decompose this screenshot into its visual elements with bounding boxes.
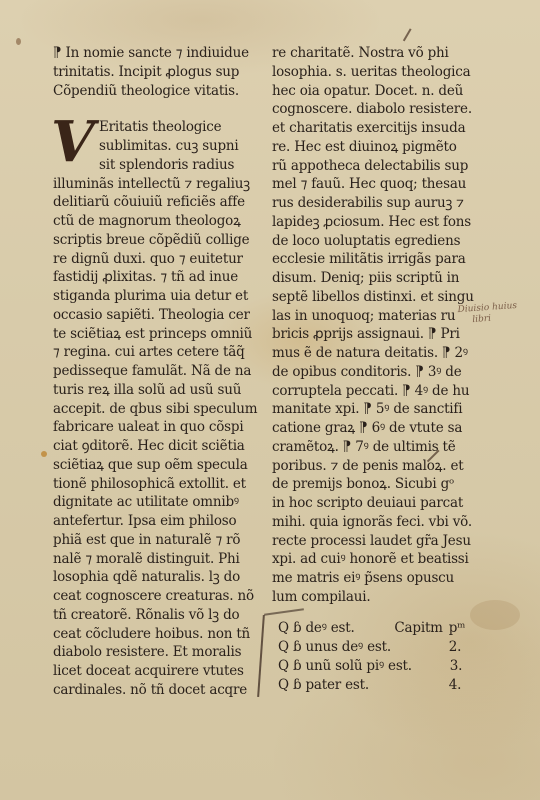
text-line: cardinales. nõ tñ docet acqre (53, 681, 258, 700)
text-line: mus ẽ de natura deitatis. ⁋ 2ꝰ (272, 344, 472, 363)
initial-capital: V (51, 114, 94, 170)
pen-stroke-mark (403, 28, 411, 41)
text-line: recte processi laudet gr̃a Jesu (272, 532, 472, 551)
text-line: hec oia opatur. Docet. n. deũ (272, 82, 472, 101)
text-line: losophia. s. ueritas theologica (272, 63, 472, 82)
text-line: ecclesie militãtis irrigãs para (272, 250, 472, 269)
toc-question: Q ɓ pater est. (272, 676, 394, 695)
text-line: dignitate ac utilitate omnibꝰ (53, 493, 258, 512)
text-line: nalẽ ⁊ moralẽ distinguit. Phi (53, 550, 258, 569)
text-line: ⁊ regina. cui artes cetere tãq̃ (53, 343, 258, 362)
text-line: sciẽtiaꝝ que sup oẽm specula (53, 456, 258, 475)
text-line: corruptela peccati. ⁋ 4ꝰ de hu (272, 382, 472, 401)
text-line: de loco uoluptatis egrediens (272, 232, 472, 251)
heading-line: ⁋ In nomie sancte ⁊ indiuidue (53, 44, 258, 63)
right-column: re charitatẽ. Nostra võ phi losophia. s.… (272, 44, 472, 695)
text-line: manitate xpi. ⁋ 5ꝰ de sanctifi (272, 400, 472, 419)
text-line: ciat ꝯditorẽ. Hec dicit sciẽtia (53, 437, 258, 456)
text-line: me matris eiꝰ p̃sens opuscu (272, 569, 472, 588)
text-line: mel ⁊ fauũ. Hec quoq; thesau (272, 175, 472, 194)
text-line: re dignũ duxi. quo ⁊ euitetur (53, 250, 258, 269)
prologue-continuation: re charitatẽ. Nostra võ phi losophia. s.… (272, 44, 472, 607)
manuscript-flourish-mark (264, 608, 304, 616)
marginal-annotation: Diuisio huius libri (457, 301, 518, 327)
prologue-text: V Eritatis theologice sublimitas. cuꝫ su… (53, 118, 258, 699)
foxing-stain (470, 600, 520, 630)
heading-line: Cõpendiũ theologice vitatis. (53, 82, 258, 101)
text-line: accepit. de qbus sibi speculum (53, 400, 258, 419)
text-line: catione graꝝ ⁋ 6ꝰ de vtute sa (272, 419, 472, 438)
text-line: delitiarũ cõuiuiũ reficiẽs affe (53, 193, 258, 212)
text-line: te sciẽtiaꝝ est princeps omniũ (53, 325, 258, 344)
toc-chapter-label: Capitm (394, 619, 448, 638)
toc-number: 4. (449, 676, 472, 695)
manuscript-bracket-mark (257, 615, 265, 697)
text-line: pedisseque famulãt. Nã de na (53, 362, 258, 381)
text-line: re. Hec est diuinoꝝ pigmẽto (272, 138, 472, 157)
text-line: re charitatẽ. Nostra võ phi (272, 44, 472, 63)
text-line: bricis ꝓprijs assignaui. ⁋ Pri (272, 325, 472, 344)
text-line: de opibus conditoris. ⁋ 3ꝰ de (272, 363, 472, 382)
toc-row: Q ɓ unũ solũ piꝰ est. 3. (272, 657, 472, 676)
text-line: occasio sapiẽti. Theologia cer (53, 306, 258, 325)
left-column: ⁋ In nomie sancte ⁊ indiuidue trinitatis… (53, 44, 258, 700)
text-line: phiã est que in naturalẽ ⁊ rõ (53, 531, 258, 550)
toc-chapter-label (394, 676, 448, 695)
text-line: cognoscere. diabolo resistere. (272, 100, 472, 119)
text-line: antefertur. Ipsa eim philoso (53, 512, 258, 531)
ink-spot (16, 38, 21, 45)
text-line: scriptis breue cõpẽdiũ collige (53, 231, 258, 250)
toc-row: Q ɓ deꝰ est. Capitm pᵐ (272, 619, 472, 638)
stain-spot (41, 451, 47, 457)
text-line: fastidij ꝓlixitas. ⁊ tñ ad inue (53, 268, 258, 287)
text-line: poribus. ⁊ de penis maloꝝ. et (272, 457, 472, 476)
text-line: mihi. quia ignorãs feci. vbi võ. (272, 513, 472, 532)
text-line: turis reꝝ illa solũ ad usũ suũ (53, 381, 258, 400)
text-line: rus desiderabilis sup auruꝫ ⁊ (272, 194, 472, 213)
text-line: in hoc scripto deuiaui parcat (272, 494, 472, 513)
text-line: ceat cõcludere hoibus. non tñ (53, 625, 258, 644)
manuscript-page: ⁋ In nomie sancte ⁊ indiuidue trinitatis… (0, 0, 540, 800)
toc-question: Q ɓ unũ solũ piꝰ est. (272, 657, 398, 676)
toc-number: pᵐ (449, 619, 472, 638)
text-line: lum compilaui. (272, 588, 472, 607)
text-line: cramẽtoꝝ. ⁋ 7ꝰ de ultimis tẽ (272, 438, 472, 457)
text-line: licet doceat acquirere vtutes (53, 662, 258, 681)
text-line: lapideꝫ ꝓciosum. Hec est fons (272, 213, 472, 232)
toc-row: Q ɓ unus deꝰ est. 2. (272, 638, 472, 657)
text-line: las in unoquoq; materias ru (272, 307, 472, 326)
text-line: xpi. ad cuiꝰ honorẽ et beatissi (272, 550, 472, 569)
heading-line: trinitatis. Incipit ꝓlogus sup (53, 63, 258, 82)
table-of-contents: Q ɓ deꝰ est. Capitm pᵐ Q ɓ unus deꝰ est.… (272, 619, 472, 695)
text-line: et charitatis exercitijs insuda (272, 119, 472, 138)
text-line: rũ appotheca delectabilis sup (272, 157, 472, 176)
text-line: ceat cognoscere creaturas. nõ (53, 587, 258, 606)
text-line: ctũ de magnorum theologoꝝ (53, 212, 258, 231)
toc-number: 3. (450, 657, 472, 676)
text-line: septẽ libellos distinxi. et singu (272, 288, 472, 307)
toc-number: 2. (449, 638, 472, 657)
text-line: losophia qdẽ naturalis. lꝫ do (53, 568, 258, 587)
toc-question: Q ɓ deꝰ est. (272, 619, 394, 638)
toc-chapter-label (394, 638, 448, 657)
text-line: de premijs bonoꝝ. Sicubi gᵒ (272, 475, 472, 494)
text-line: tionẽ philosophicã extollit. et (53, 475, 258, 494)
text-line: fabricare ualeat in quo cõspi (53, 418, 258, 437)
text-line: diabolo resistere. Et moralis (53, 643, 258, 662)
toc-question: Q ɓ unus deꝰ est. (272, 638, 394, 657)
text-line: illuminãs intellectũ ⁊ regaliuꝫ (53, 175, 258, 194)
text-line: stiganda plurima uia detur et (53, 287, 258, 306)
toc-row: Q ɓ pater est. 4. (272, 676, 472, 695)
text-line: tñ creatorẽ. Rõnalis võ lꝫ do (53, 606, 258, 625)
incipit-heading: ⁋ In nomie sancte ⁊ indiuidue trinitatis… (53, 44, 258, 100)
toc-chapter-label (398, 657, 450, 676)
text-line: disum. Deniq; piis scriptũ in (272, 269, 472, 288)
